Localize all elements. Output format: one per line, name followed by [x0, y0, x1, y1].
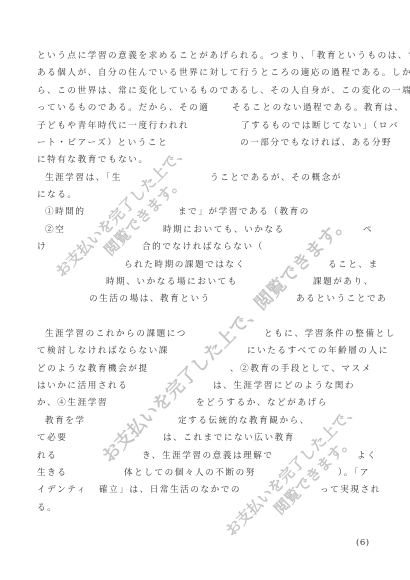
text-line-segment: ペ — [363, 225, 373, 236]
text-line-segment: よく — [357, 451, 377, 462]
text-line-segment: 生涯学習は、「生 — [45, 173, 122, 184]
text-line-segment: うことであるが、その概念が — [210, 173, 342, 184]
text-line-segment: 生きる — [37, 468, 67, 479]
text-line-segment: ①時間的 — [45, 207, 86, 218]
text-line-segment: 課題があり、 — [313, 277, 374, 288]
text-line-segment: あるということであ — [296, 294, 387, 305]
text-line-segment: って実現され — [320, 485, 381, 496]
text-line-segment: は、生涯学習にどのような関わ — [213, 381, 355, 392]
text-line-segment: ること、ま — [328, 260, 379, 271]
text-line-segment: 合的でなければならない（ — [142, 242, 264, 253]
text-line-segment: れる — [37, 451, 57, 462]
text-line-segment: 了するものでは断じてない」（ロバ — [241, 121, 399, 132]
text-line-segment: 教育を学 — [45, 416, 86, 427]
text-line-segment: まで」が学習である（教育の — [178, 207, 310, 218]
text-line-segment: ら、この世界は、常に変化しているものであるし、その人自身が、この変化の一端をにな — [37, 86, 410, 97]
text-line-segment: どのような教育機会が提 — [37, 364, 149, 375]
text-line-segment: られた時期の課題ではなく — [124, 260, 246, 271]
text-line-segment: に特有な教育でもない。 — [37, 155, 149, 166]
text-line-segment: の一部分でもなければ、ある分野 — [240, 138, 392, 149]
text-line-segment: になる。 — [37, 190, 78, 201]
text-line-segment: け — [37, 242, 47, 253]
text-line-segment: という点に学習の意義を求めることがあげられる。つまり、「教育というものは、すべて… — [37, 51, 410, 62]
text-line-segment: にいたるすべての年齢層の人に — [247, 346, 389, 357]
text-line-segment: 時期、いかなる場においても — [106, 277, 238, 288]
document-page: という点に学習の意義を求めることがあげられる。つまり、「教育というものは、すべて… — [0, 0, 410, 580]
text-line-segment: そることのない過程である。教育は、 — [232, 103, 404, 114]
text-line-segment: っているものである。だから、その適 — [37, 103, 209, 114]
text-line-segment: ある個人が、自分の住んでいる世界に対して行うところの適応の過程である。しかしなが — [37, 68, 410, 79]
text-line-segment: ②空 — [45, 225, 65, 236]
text-line-segment: イデンティ — [37, 485, 87, 496]
text-line-segment: の生活の場は、教育という — [89, 294, 211, 305]
text-line-segment: ）。「ア — [338, 468, 370, 479]
text-line-segment: る。 — [37, 503, 57, 514]
text-line-segment: ともに、学習条件の整備とし — [264, 329, 396, 340]
text-line-segment: 定する伝統的な教育観から、 — [178, 416, 310, 427]
text-line-segment: 確立」は、日常生活のなかでの — [99, 485, 241, 496]
text-line-segment: 、②教育の手段として、マスメ — [230, 364, 372, 375]
text-line-segment: 子どもや青年時代に一度行われれ — [37, 121, 189, 132]
text-line-segment: は、これまでにない広い教育 — [163, 433, 295, 444]
text-line-segment: か、④生涯学習 — [37, 398, 108, 409]
text-line-segment: 生涯学習のこれからの課題につ — [45, 329, 187, 340]
text-line-segment: き、生涯学習の意義は理解で — [142, 451, 274, 462]
text-line-segment: ート・ビアーズ）ということ — [37, 138, 168, 149]
text-line-segment: 体としての個々人の不断の努 — [124, 468, 256, 479]
text-line-segment: て必要 — [37, 433, 67, 444]
text-line-segment: はいかに活用される — [37, 381, 128, 392]
text-line-segment: 時期においても、いかなる — [163, 225, 285, 236]
text-line-segment: をどうするか、などがあげら — [196, 398, 328, 409]
page-number: (6) — [356, 538, 370, 548]
text-line-segment: て検討しなければならない課 — [37, 346, 169, 357]
